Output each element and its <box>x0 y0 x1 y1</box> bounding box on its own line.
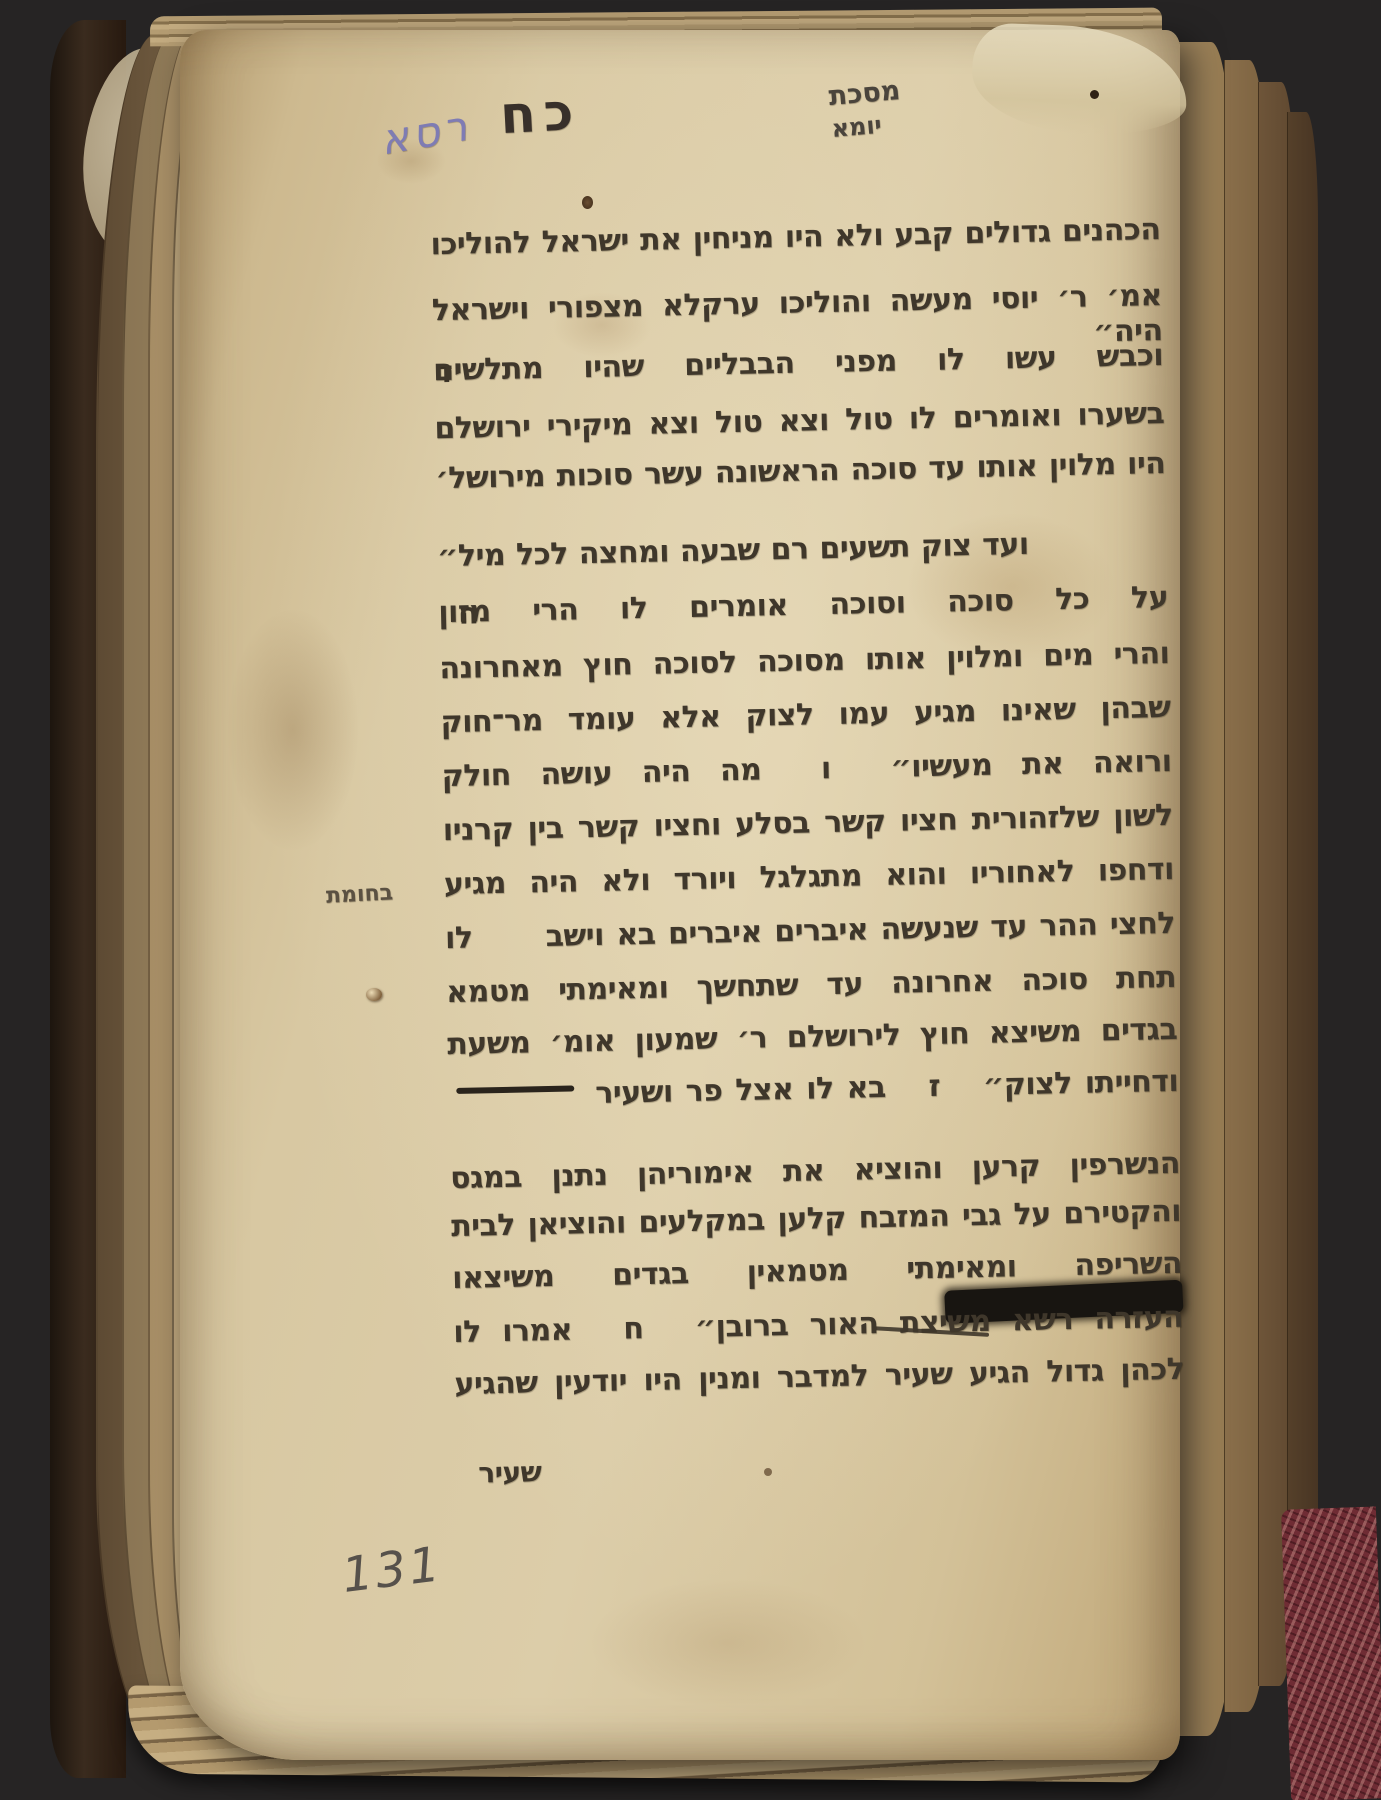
manuscript-line: בשערו ואומרים לו טול וצא טול וצא מיקירי … <box>434 396 1165 455</box>
line-text: לו <box>445 921 473 957</box>
line-text: ודחפו לאחוריו והוא מתגלגל ויורד ולא היה … <box>444 852 1175 902</box>
tractate-header-note: מסכת יומא <box>827 75 904 144</box>
line-text: וכבש עשו לו מפני הבבליים שהיו מתלשים <box>433 338 1164 388</box>
line-text: בא לו אצל פר ושעיר <box>595 1070 886 1111</box>
manuscript-line: לחצי ההר עד שנעשה איברים איברים בא וישב … <box>445 906 1176 965</box>
manuscript-line: ודחפו לאחוריו והוא מתגלגל ויורד ולא היה … <box>444 852 1175 911</box>
line-text: בשערו ואומרים לו טול וצא טול וצא מיקירי … <box>434 396 1165 446</box>
line-text: ועד צוק תשעים רם שבעה ומחצה לכל מיל״ <box>437 527 1029 574</box>
wormhole <box>366 988 382 1001</box>
line-text: היו מלוין אותו עד סוכה הראשונה עשר סוכות… <box>435 446 1166 496</box>
wormhole <box>1090 90 1099 99</box>
line-text: לחצי ההר עד שנעשה איברים איברים בא וישב <box>545 906 1175 954</box>
line-text: הכהנים גדולים קבע ולא היו מניחין את ישרא… <box>430 212 1161 262</box>
wormhole <box>582 196 593 209</box>
mishnah-number-marker: ח <box>623 1311 644 1346</box>
manuscript-line: השריפה ומאימתי מטמאין בגדים משיצאו <box>452 1246 1183 1305</box>
tractate-note-line1: מסכת <box>827 75 901 114</box>
tractate-note-line2: יומא <box>830 111 884 144</box>
stain <box>588 1578 868 1708</box>
line-text: מה היה עושה חולק <box>441 752 761 794</box>
right-page-edge-stack <box>1287 112 1318 1652</box>
manuscript-line: לכהן גדול הגיע שעיר למדבר ומנין היו יודע… <box>454 1352 1185 1411</box>
marginal-gloss: בחומת <box>325 880 393 908</box>
manuscript-line: שבהן שאינו מגיע עמו לצוק אלא עומד מר־חוק <box>440 690 1171 749</box>
manuscript-line: היו מלוין אותו עד סוכה הראשונה עשר סוכות… <box>435 446 1166 505</box>
manuscript-line: העזרה רשא משיצת האור ברובן״ ח אמרו לו <box>453 1300 1184 1359</box>
line-filler-rule <box>456 1085 574 1093</box>
line-text: ודחייתו לצוק״ <box>983 1064 1179 1103</box>
line-gap <box>485 946 533 947</box>
manuscript-line: לשון שלזהורית חציו קשר בסלע וחציו קשר בי… <box>442 798 1173 857</box>
stain <box>228 610 358 850</box>
folio-number: 131 <box>339 1536 446 1604</box>
line-text: ורואה את מעשיו״ <box>890 744 1172 785</box>
manuscript-line: אמ׳ ר׳ יוסי מעשה והוליכו ערקלא מצפורי וי… <box>432 278 1163 337</box>
manuscript-line: וכבש עשו לו מפני הבבליים שהיו מתלשים <box>433 338 1164 397</box>
line-text: על כל סוכה וסוכה אומרים לו הרי מזון <box>438 580 1169 630</box>
blue-pencil-folio-note: רסא <box>376 100 474 164</box>
manuscript-line: על כל סוכה וסוכה אומרים לו הרי מזון <box>438 580 1169 639</box>
main-text-block: ד ה הכהנים גדולים קבע ולא היו מניחין את … <box>430 210 1187 1535</box>
line-text: שבהן שאינו מגיע עמו לצוק אלא עומד מר־חוק <box>440 690 1171 740</box>
manuscript-line: בגדים משיצא חוץ לירושלם ר׳ שמעון אומ׳ מש… <box>447 1012 1178 1071</box>
manuscript-line: ועד צוק תשעים רם שבעה ומחצה לכל מיל״ <box>437 527 1029 583</box>
line-text: והרי מים ומלוין אותו מסוכה לסוכה חוץ מאח… <box>439 636 1170 686</box>
line-text: אמ׳ ר׳ יוסי מעשה והוליכו ערקלא מצפורי וי… <box>432 278 1163 349</box>
mishnah-number-marker: ז <box>928 1069 940 1104</box>
manuscript-page: רסא כח מסכת יומא בחומת ד ה הכהנים גדולים… <box>180 30 1180 1760</box>
line-text: תחת סוכה אחרונה עד שתחשך ומאימתי מטמא <box>446 960 1177 1010</box>
manuscript-line: ורואה את מעשיו״ ו מה היה עושה חולק <box>441 744 1172 803</box>
line-text: לשון שלזהורית חציו קשר בסלע וחציו קשר בי… <box>442 798 1173 848</box>
manuscript-line: ודחייתו לצוק״ ז בא לו אצל פר ושעיר <box>448 1064 1179 1123</box>
line-text: לכהן גדול הגיע שעיר למדבר ומנין היו יודע… <box>454 1352 1185 1402</box>
mishnah-number-marker: ו <box>821 751 832 786</box>
line-text: אמרו לו <box>453 1313 572 1350</box>
manuscript-line: שעיר <box>478 1455 542 1500</box>
line-text: הנשרפין קרען והוציא את אימוריהן נתנן במג… <box>450 1146 1181 1196</box>
line-text: בגדים משיצא חוץ לירושלם ר׳ שמעון אומ׳ מש… <box>447 1012 1178 1062</box>
red-binding-cloth <box>1281 1506 1381 1800</box>
hebrew-folio-letters: כח <box>498 82 582 146</box>
manuscript-line: והרי מים ומלוין אותו מסוכה לסוכה חוץ מאח… <box>439 636 1170 695</box>
manuscript-photo: { "colors": { "background": "#262424", "… <box>0 0 1381 1800</box>
line-text: שעיר <box>478 1455 542 1489</box>
manuscript-line: תחת סוכה אחרונה עד שתחשך ומאימתי מטמא <box>446 960 1177 1019</box>
manuscript-line: הכהנים גדולים קבע ולא היו מניחין את ישרא… <box>430 212 1161 271</box>
line-text: העזרה רשא משיצת האור ברובן״ <box>694 1300 1183 1345</box>
torn-corner <box>970 22 1189 137</box>
